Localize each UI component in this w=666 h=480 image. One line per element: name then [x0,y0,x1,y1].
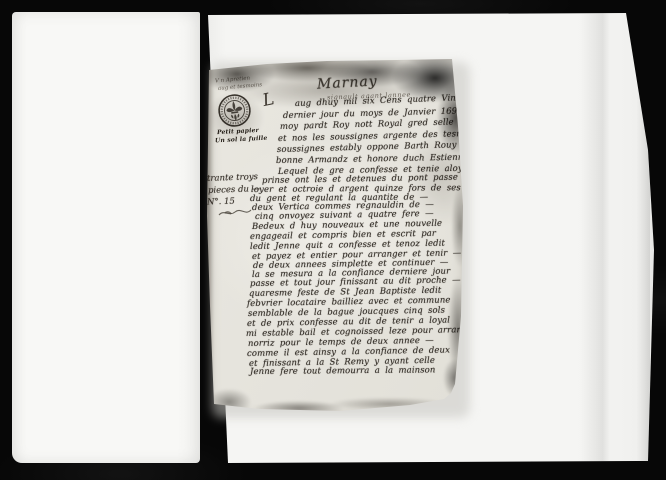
page-heading: Marnay [317,74,378,91]
ink-layer: Marnay signault agant lannee V n Apretie… [207,56,467,418]
stamp-caption-line2: Un sol la fuille [215,136,268,145]
blank-verso-page [12,12,200,463]
fleur-de-lis-tax-stamp [214,90,256,132]
handwriting-line: Jenne fere tout demourra a la mainson [250,366,436,377]
manuscript-page: Marnay signault agant lannee V n Apretie… [207,56,467,418]
margin-note-quantity: trante troys [207,173,258,183]
archival-scan: Marnay signault agant lannee V n Apretie… [0,0,666,480]
initial-flourish: L [261,91,276,110]
page-fold-shading [580,13,610,463]
page-edge-shading [636,13,650,463]
pen-flourish [217,206,253,220]
